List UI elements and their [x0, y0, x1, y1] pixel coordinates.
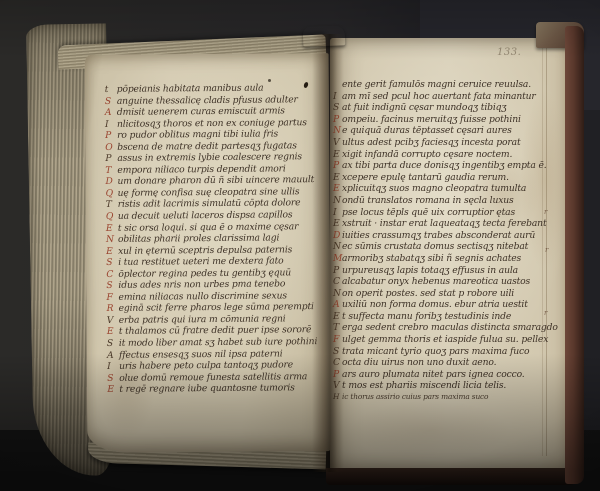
- line-text: obilitas pharii proles clarissima lagi: [118, 233, 279, 245]
- manuscript-line: Passus in extremis lybie coalescere regn…: [105, 151, 321, 164]
- line-text: t thalamos cū fratre dedit puer ipse sor…: [119, 325, 312, 338]
- line-text: ua decuit ueluti laceros dispsa capillos: [118, 209, 293, 222]
- line-text: pōpeianis habitata manibus aula: [117, 83, 264, 95]
- line-initial: V: [333, 380, 342, 392]
- line-initial: D: [105, 176, 114, 188]
- line-text: ondū translatos romana in sęcla luxus: [342, 195, 514, 206]
- manuscript-line: Reginā scit ferre pharos lege sūma perem…: [107, 301, 323, 314]
- line-text: trata micant tyrio quoʒ pars maxima fuco: [342, 346, 529, 357]
- line-initial: t: [105, 84, 114, 96]
- line-text: ffectus ensesqʒ suos nil ipsa paterni: [119, 348, 283, 360]
- line-text: ro pudor oblitus magni tibi iulia fris: [117, 129, 278, 141]
- line-initial: S: [105, 95, 114, 107]
- line-text: t suffecta manu foribʒ testudinis inde: [342, 311, 511, 322]
- margin-mark: r: [544, 208, 547, 216]
- manuscript-line: Excepere epulę tantarū gaudia rerum.: [333, 172, 559, 184]
- manuscript-line: Sit modo liber amat sʒ habet sub iure po…: [107, 336, 323, 349]
- line-initial: Q: [106, 188, 115, 200]
- line-text: uę formę confisa suę cleopatra sine ulli…: [118, 186, 300, 199]
- spine-headcap: [303, 25, 346, 46]
- margin-mark: r: [544, 309, 547, 317]
- right-page-text: ente gerit famulōs magni ceruice reuulsa…: [333, 79, 559, 402]
- line-text: ec sūmis crustata domus sectisqʒ nitebat: [342, 241, 528, 252]
- line-initial: E: [106, 222, 115, 234]
- manuscript-line: ente gerit famulōs magni ceruice reuulsa…: [333, 79, 559, 91]
- ink-speck: [268, 79, 271, 82]
- line-text: octa diu uirus non uno duxit aeno.: [342, 357, 496, 368]
- manuscript-line: Exigit infandā corrupto cęsare noctem.: [333, 149, 559, 161]
- manuscript-line: Et suffecta manu foribʒ testudinis inde: [333, 311, 559, 323]
- line-text: ulget gemma thoris et iaspide fulua su. …: [342, 334, 548, 345]
- line-text: at fuit indignū cęsar mundoqʒ tibiqʒ: [342, 102, 506, 113]
- manuscript-line: Pax tibi parta duce donisqʒ ingentibʒ em…: [333, 160, 559, 172]
- line-text: ristis adit lacrimis simulatū cōpta dolo…: [118, 198, 301, 211]
- manuscript-photo: tpōpeianis habitata manibus aulaSanguine…: [0, 0, 600, 491]
- line-initial: E: [106, 246, 115, 258]
- line-initial: P: [105, 153, 114, 165]
- line-initial: N: [333, 195, 342, 207]
- manuscript-line: Marmoribʒ stabatqʒ sibi ñ segnis achates: [333, 253, 559, 265]
- line-initial: A: [333, 299, 342, 311]
- manuscript-line: Calcabatur onyx hebenus mareotica uastos: [333, 276, 559, 288]
- line-text: idus ades nris non urbes pma tenebo: [118, 279, 285, 291]
- manuscript-line: Cōplector regina pedes tu gentibʒ ęquū: [106, 267, 322, 280]
- line-text: t sic orsa loqui. si qua ē o maxime cęsa…: [118, 221, 298, 234]
- line-initial: E: [333, 149, 342, 161]
- line-initial: I: [105, 119, 114, 131]
- line-initial: R: [107, 303, 116, 315]
- line-initial: E: [333, 218, 342, 230]
- line-text: uris habere peto culpa tantoqʒ pudore: [119, 359, 293, 372]
- line-text: nlicitosqʒ thoros et non ex coniuge part…: [117, 117, 307, 130]
- line-initial: I: [107, 361, 116, 373]
- manuscript-line: Diuities crassumqʒ trabes absconderat au…: [333, 230, 559, 242]
- manuscript-line: Ne quiquā duras tēptasset cęsari aures: [333, 125, 559, 137]
- manuscript-line: Pompeiu. facinus meruitqʒ fuisse pothini: [333, 114, 559, 126]
- manuscript-line: Exul in ęternū sceptris depulsa paternis: [106, 244, 322, 257]
- line-text: t regē regnare iube quantosne tumoris: [119, 383, 294, 396]
- line-initial: F: [106, 292, 115, 304]
- line-text: xcepere epulę tantarū gaudia rerum.: [342, 172, 509, 183]
- line-initial: I: [333, 91, 342, 103]
- line-text: urpureusqʒ lapis totaqʒ effusus in aula: [342, 265, 518, 276]
- line-initial: P: [105, 130, 114, 142]
- line-text: on operit postes. sed stat p robore uili: [342, 288, 514, 299]
- line-initial: E: [333, 172, 342, 184]
- line-initial: S: [333, 102, 342, 114]
- line-initial: I: [333, 207, 342, 219]
- line-text: erga sedent crebro maculas distincta sma…: [342, 322, 558, 333]
- line-text: assus in extremis lybie coalescere regni…: [117, 152, 302, 165]
- line-initial: S: [106, 280, 115, 292]
- line-initial: N: [333, 288, 342, 300]
- line-initial: T: [105, 165, 114, 177]
- line-text: armoribʒ stabatqʒ sibi ñ segnis achates: [342, 253, 521, 264]
- cover-edge: [565, 26, 584, 484]
- line-text: alcabatur onyx hebenus mareotica uastos: [342, 276, 530, 287]
- left-page-text: tpōpeianis habitata manibus aulaSanguine…: [105, 82, 324, 396]
- cover-bottom-edge: [326, 468, 578, 485]
- line-initial: T: [333, 322, 342, 334]
- line-text: ente gerit famulōs magni ceruice reuulsa…: [342, 79, 531, 90]
- line-text: xigit infandā corrupto cęsare noctem.: [342, 149, 512, 160]
- manuscript-line: Et sic orsa loqui. si qua ē o maxime cęs…: [106, 221, 322, 234]
- line-initial: C: [333, 357, 342, 369]
- manuscript-line: Inlicitosqʒ thoros et non ex coniuge par…: [105, 117, 321, 130]
- line-initial: A: [107, 349, 116, 361]
- line-text: anguine thessalicę cladis pfusus adulter: [117, 94, 298, 107]
- line-initial: S: [106, 257, 115, 269]
- manuscript-line: Nondū translatos romana in sęcla luxus: [333, 195, 559, 207]
- line-initial: N: [333, 125, 342, 137]
- line-initial: S: [107, 338, 116, 350]
- line-text: ultus adest pcibʒ faciesqʒ incesta porat: [342, 137, 521, 148]
- line-text: ars auro plumata nitet pars ignea cocco.: [342, 369, 525, 380]
- line-initial: P: [333, 369, 342, 381]
- line-text: emina niliacas nullo discrimine sexus: [118, 290, 286, 302]
- line-initial: P: [333, 160, 342, 172]
- line-initial: S: [333, 346, 342, 358]
- line-initial: S: [107, 373, 116, 385]
- line-text: iuities crassumqʒ trabes absconderat aur…: [342, 230, 535, 241]
- line-text: erba patris qui iura m cōmunia regni: [119, 313, 286, 325]
- line-text: uxiliū non forma domus. ebur atria uesti…: [342, 299, 528, 310]
- manuscript-line: Hic thorus assirio cuius pars maxima suc…: [333, 392, 559, 402]
- margin-mark: r: [545, 246, 548, 254]
- line-initial: C: [333, 276, 342, 288]
- manuscript-line: Non operit postes. sed stat p robore uil…: [333, 288, 559, 300]
- manuscript-line: Iam mī sed pcul hoc auertant fata minant…: [333, 91, 559, 103]
- folio-number: 133.: [497, 47, 521, 58]
- line-initial: T: [106, 199, 115, 211]
- manuscript-line: Explicuitqʒ suos magno cleopatra tumulta: [333, 183, 559, 195]
- line-initial: H: [333, 392, 342, 402]
- line-text: e quiquā duras tēptasset cęsari aures: [342, 125, 512, 136]
- line-text: am mī sed pcul hoc auertant fata minantu…: [342, 91, 536, 102]
- manuscript-line: Pars auro plumata nitet pars ignea cocco…: [333, 369, 559, 381]
- line-text: ax tibi parta duce donisqʒ ingentibʒ emp…: [342, 160, 547, 171]
- line-text: ōplector regina pedes tu gentibʒ ęquū: [118, 267, 291, 280]
- line-text: olue domū remoue funesta satellitis arma: [119, 371, 307, 384]
- line-initial: A: [105, 107, 114, 119]
- manuscript-line: Fulget gemma thoris et iaspide fulua su.…: [333, 334, 559, 346]
- line-initial: E: [107, 326, 116, 338]
- line-initial: E: [107, 384, 116, 396]
- line-initial: V: [107, 315, 116, 327]
- line-text: pse locus tēpls quē uix corruptior ętas: [342, 207, 515, 218]
- manuscript-line: Ipse locus tēpls quē uix corruptior ętas: [333, 207, 559, 219]
- line-initial: E: [333, 183, 342, 195]
- line-initial: M: [333, 253, 342, 265]
- line-initial: P: [333, 265, 342, 277]
- manuscript-line: Nec sūmis crustata domus sectisqʒ niteba…: [333, 241, 559, 253]
- line-initial: C: [106, 269, 115, 281]
- manuscript-line: Vt mos est phariis miscendi licia telis.: [333, 380, 559, 392]
- line-text: eginā scit ferre pharos lege sūma peremp…: [119, 302, 314, 315]
- line-text: bscena de matre dedit partesqʒ fugatas: [117, 140, 297, 153]
- line-text: xul in ęternū sceptris depulsa paternis: [118, 244, 292, 257]
- line-initial: F: [333, 334, 342, 346]
- line-text: xplicuitqʒ suos magno cleopatra tumulta: [342, 183, 526, 194]
- line-text: t mos est phariis miscendi licia telis.: [342, 380, 506, 391]
- manuscript-line: Vultus adest pcibʒ faciesqʒ incesta pora…: [333, 137, 559, 149]
- line-initial: E: [333, 311, 342, 323]
- manuscript-line: Exstruit · instar erat laqueataqʒ tecta …: [333, 218, 559, 230]
- line-initial: O: [105, 142, 114, 154]
- line-text: ompeiu. facinus meruitqʒ fuisse pothini: [342, 114, 521, 125]
- line-text: ic thorus assirio cuius pars maxima suco: [342, 392, 488, 401]
- manuscript-line: Strata micant tyrio quoʒ pars maxima fuc…: [333, 346, 559, 358]
- manuscript-line: Cocta diu uirus non uno duxit aeno.: [333, 357, 559, 369]
- manuscript-line: Et regē regnare iube quantosne tumoris: [107, 382, 323, 395]
- line-initial: D: [333, 230, 342, 242]
- line-text: dmisit uenerem curas emiscuit armis: [117, 105, 285, 117]
- line-text: xstruit · instar erat laqueataqʒ tecta f…: [342, 218, 547, 229]
- line-initial: V: [333, 137, 342, 149]
- manuscript-line: Sat fuit indignū cęsar mundoqʒ tibiqʒ: [333, 102, 559, 114]
- manuscript-line: Terga sedent crebro maculas distincta sm…: [333, 322, 559, 334]
- manuscript-line: Sanguine thessalicę cladis pfusus adulte…: [105, 94, 321, 107]
- line-text: it modo liber amat sʒ habet sub iure pot…: [119, 336, 317, 349]
- line-initial: Q: [106, 211, 115, 223]
- line-initial: N: [106, 234, 115, 246]
- manuscript-line: Auxiliū non forma domus. ebur atria uest…: [333, 299, 559, 311]
- line-initial: N: [333, 241, 342, 253]
- line-text: i tua restituet ueteri me dextera fato: [118, 256, 283, 268]
- line-initial: P: [333, 114, 342, 126]
- line-text: empora niliaco turpis dependit amori: [117, 163, 285, 175]
- manuscript-line: Purpureusqʒ lapis totaqʒ effusus in aula: [333, 265, 559, 277]
